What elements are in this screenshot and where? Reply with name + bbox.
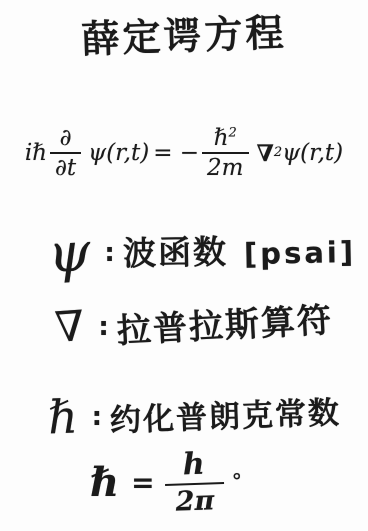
- eq-equals-minus: = −: [153, 140, 199, 166]
- pronunciation-annotation: [psai]: [243, 235, 356, 271]
- handwritten-note-page: 薛定谔方程 iℏ ∂ ∂t ψ(r,t) = − ℏ2 2m ∇2 ψ(r,t)…: [0, 0, 368, 531]
- definition-colon: :: [98, 312, 108, 342]
- definition-colon: :: [104, 238, 114, 268]
- hbar-formula: ℏ = h 2π 。: [90, 450, 253, 515]
- period-mark: 。: [233, 454, 253, 483]
- nabla-symbol: ∇: [257, 140, 274, 167]
- numerator-h: h: [172, 449, 215, 483]
- denominator-2pi: 2π: [165, 482, 225, 516]
- hbar-symbol: ℏ: [47, 393, 78, 440]
- definition-row-nabla: ∇ : 拉普拉斯算符: [55, 306, 333, 348]
- note-title: 薛定谔方程: [0, 8, 368, 66]
- definition-text-wave-function: 波函数: [122, 234, 228, 272]
- superscript-2: 2: [229, 125, 237, 140]
- equals-sign: =: [131, 466, 154, 499]
- definition-text-laplacian: 拉普拉斯算符: [116, 303, 334, 352]
- eq-i-hbar: iℏ: [25, 140, 47, 166]
- definition-colon: :: [92, 402, 102, 432]
- eq-partial-denominator: ∂t: [50, 152, 81, 180]
- hbar-symbol: ℏ: [90, 463, 119, 503]
- eq-partial-numerator: ∂: [55, 126, 77, 152]
- eq-psi-lhs: ψ(r,t): [88, 140, 149, 166]
- nabla-symbol: ∇: [54, 305, 86, 349]
- eq-2m-denominator: 2m: [202, 152, 248, 180]
- eq-hbar-fraction: ℏ2 2m: [202, 126, 248, 180]
- psi-symbol: ψ: [47, 225, 92, 281]
- h-over-2pi-fraction: h 2π: [163, 449, 224, 516]
- definition-row-hbar: ℏ : 约化普朗克常数: [48, 394, 341, 440]
- definition-text-reduced-planck: 约化普朗克常数: [110, 396, 342, 438]
- schrodinger-equation: iℏ ∂ ∂t ψ(r,t) = − ℏ2 2m ∇2 ψ(r,t): [0, 112, 368, 194]
- eq-partial-fraction: ∂ ∂t: [50, 126, 81, 180]
- eq-hbar-numerator: ℏ2: [209, 126, 242, 152]
- eq-psi-rhs: ψ(r,t): [282, 140, 343, 166]
- hbar-symbol: ℏ: [214, 125, 229, 151]
- definition-row-psi: ψ : 波函数 [psai]: [48, 226, 356, 280]
